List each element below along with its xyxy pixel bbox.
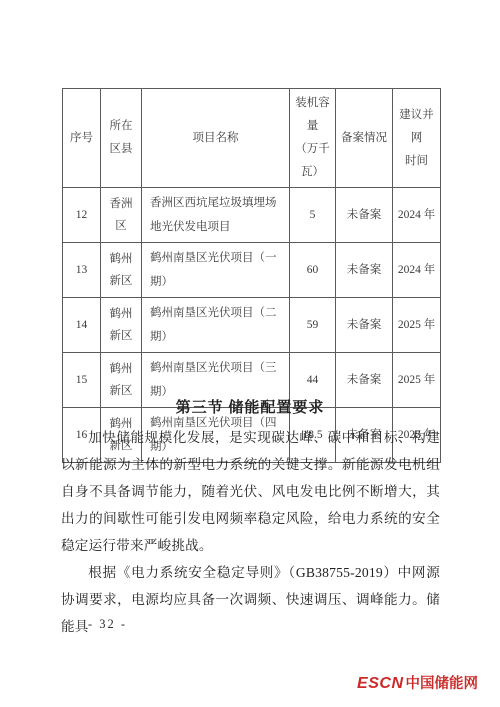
cell-filing: 未备案	[336, 298, 393, 353]
cell-district: 香洲区	[101, 188, 142, 243]
cell-project-name: 香洲区西坑尾垃圾填埋场地光伏发电项目	[142, 188, 290, 243]
table-header-row: 序号 所在 区县 项目名称 装机容量 （万千瓦） 备案情况 建议并网 时间	[63, 89, 441, 188]
cell-filing: 未备案	[336, 243, 393, 298]
header-district-line1: 所在	[104, 115, 138, 138]
body-text: 加快储能规模化发展，是实现碳达峰、碳中和目标、构建以新能源为主体的新型电力系统的…	[61, 424, 440, 640]
header-capacity: 装机容量 （万千瓦）	[290, 89, 336, 188]
header-district: 所在 区县	[101, 89, 142, 188]
cell-grid-time: 2025 年	[393, 298, 441, 353]
header-capacity-line2: （万千瓦）	[293, 138, 332, 184]
paragraph: 加快储能规模化发展，是实现碳达峰、碳中和目标、构建以新能源为主体的新型电力系统的…	[61, 424, 440, 559]
header-grid-time: 建议并网 时间	[393, 89, 441, 188]
cell-project-name: 鹤州南垦区光伏项目（二期）	[142, 298, 290, 353]
cell-seq: 12	[63, 188, 101, 243]
header-grid-time-line1: 建议并网	[396, 104, 437, 150]
header-filing: 备案情况	[336, 89, 393, 188]
table-row: 14 鹤州新区 鹤州南垦区光伏项目（二期） 59 未备案 2025 年	[63, 298, 441, 353]
cell-capacity: 59	[290, 298, 336, 353]
escn-logo-latin: ESCN	[357, 675, 403, 693]
cell-district: 鹤州新区	[101, 298, 142, 353]
header-grid-time-line2: 时间	[396, 150, 437, 173]
cell-seq: 13	[63, 243, 101, 298]
escn-logo: ESCN 中国储能网	[357, 672, 478, 693]
cell-project-name: 鹤州南垦区光伏项目（一期）	[142, 243, 290, 298]
cell-capacity: 5	[290, 188, 336, 243]
cell-grid-time: 2024 年	[393, 243, 441, 298]
header-project-name: 项目名称	[142, 89, 290, 188]
cell-grid-time: 2024 年	[393, 188, 441, 243]
cell-capacity: 60	[290, 243, 336, 298]
table-row: 12 香洲区 香洲区西坑尾垃圾填埋场地光伏发电项目 5 未备案 2024 年	[63, 188, 441, 243]
section-heading: 第三节 储能配置要求	[0, 396, 500, 417]
escn-logo-chinese: 中国储能网	[406, 672, 479, 693]
cell-filing: 未备案	[336, 188, 393, 243]
cell-seq: 14	[63, 298, 101, 353]
cell-district: 鹤州新区	[101, 243, 142, 298]
table-row: 13 鹤州新区 鹤州南垦区光伏项目（一期） 60 未备案 2024 年	[63, 243, 441, 298]
header-capacity-line1: 装机容量	[293, 92, 332, 138]
header-district-line2: 区县	[104, 138, 138, 161]
page-number: - 32 -	[88, 617, 127, 632]
header-seq: 序号	[63, 89, 101, 188]
